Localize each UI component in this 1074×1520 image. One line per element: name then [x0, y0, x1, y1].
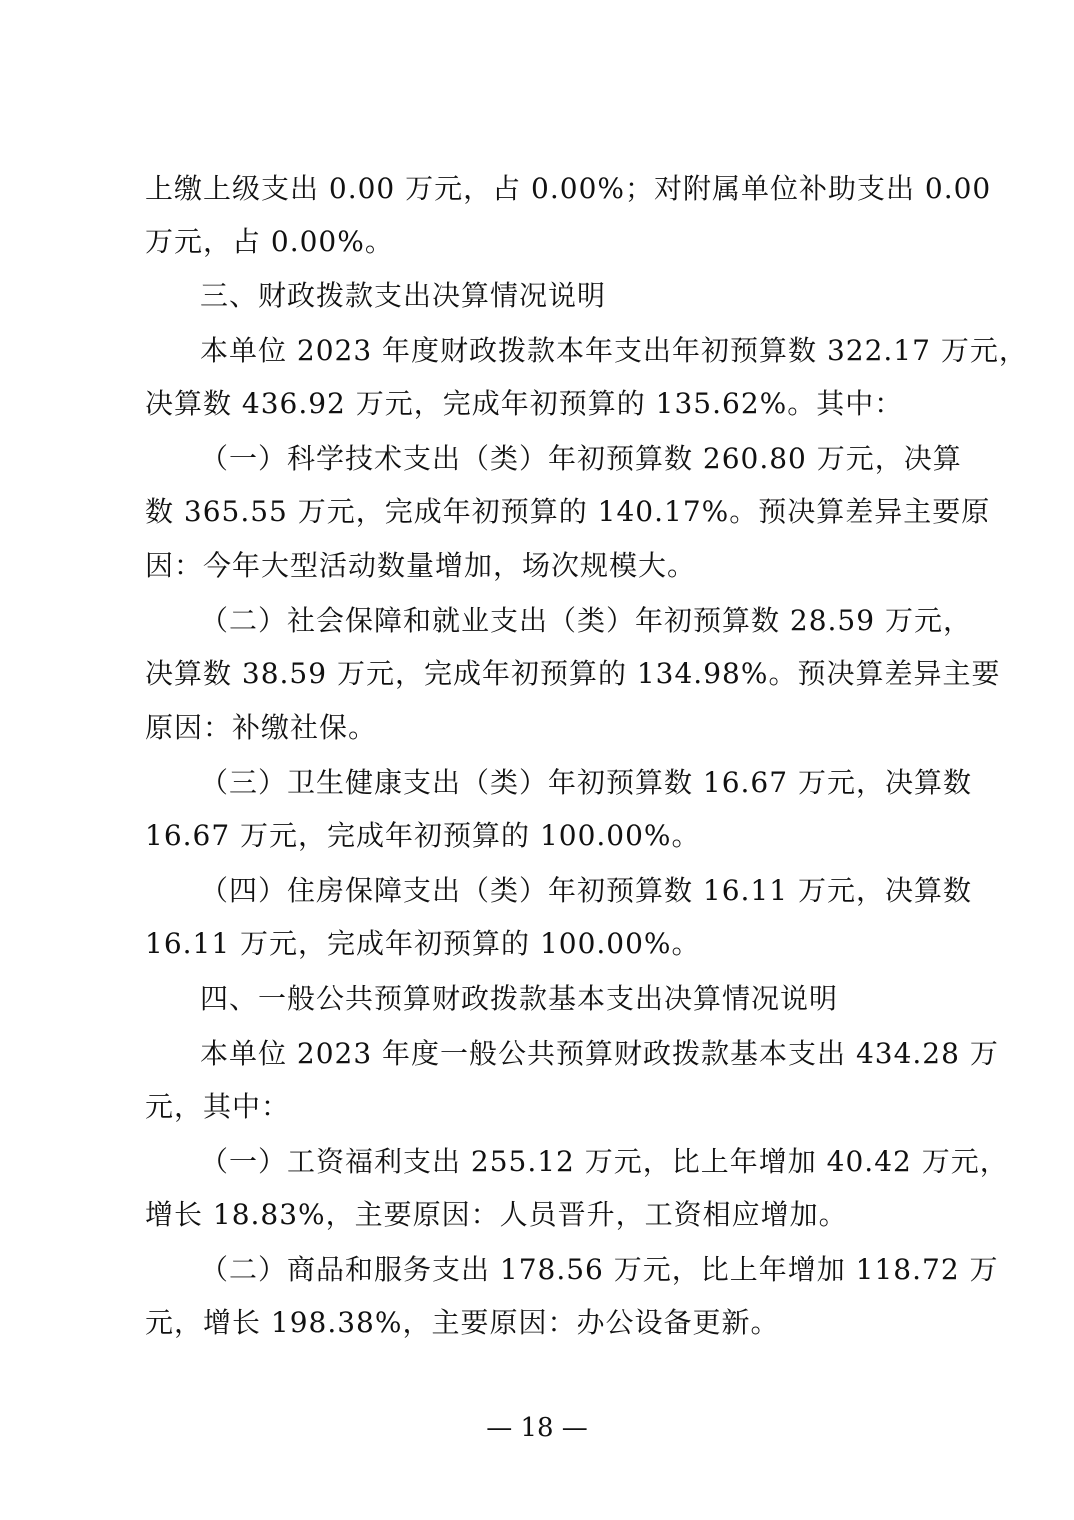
paragraph-line: 元，增长 198.38%，主要原因：办公设备更新。: [145, 1309, 779, 1337]
paragraph-line: 本单位 2023 年度一般公共预算财政拨款基本支出 434.28 万: [200, 1040, 999, 1068]
paragraph-line: 数 365.55 万元，完成年初预算的 140.17%。预决算差异主要原: [145, 498, 990, 526]
paragraph-line: 决算数 436.92 万元，完成年初预算的 135.62%。其中：: [145, 390, 903, 418]
paragraph-line: （四）住房保障支出（类）年初预算数 16.11 万元，决算数: [200, 877, 972, 905]
paragraph-line: 万元，占 0.00%。: [145, 228, 394, 256]
paragraph-line: （三）卫生健康支出（类）年初预算数 16.67 万元，决算数: [200, 769, 972, 797]
section-heading: 三、财政拨款支出决算情况说明: [200, 282, 606, 310]
section-heading: 四、一般公共预算财政拨款基本支出决算情况说明: [200, 985, 838, 1013]
paragraph-line: 增长 18.83%，主要原因：人员晋升，工资相应增加。: [145, 1201, 848, 1229]
paragraph-line: 上缴上级支出 0.00 万元，占 0.00%；对附属单位补助支出 0.00: [145, 175, 991, 203]
paragraph-line: 本单位 2023 年度财政拨款本年支出年初预算数 322.17 万元，: [200, 337, 1028, 365]
paragraph-line: 原因：补缴社保。: [145, 714, 377, 742]
page-number: — 18 —: [0, 1413, 1074, 1443]
paragraph-line: （一）科学技术支出（类）年初预算数 260.80 万元，决算: [200, 445, 962, 473]
paragraph-line: 16.67 万元，完成年初预算的 100.00%。: [145, 822, 701, 850]
paragraph-line: 元，其中：: [145, 1093, 290, 1121]
paragraph-line: （二）社会保障和就业支出（类）年初预算数 28.59 万元，: [200, 607, 972, 635]
paragraph-line: （一）工资福利支出 255.12 万元，比上年增加 40.42 万元，: [200, 1148, 1009, 1176]
paragraph-line: 16.11 万元，完成年初预算的 100.00%。: [145, 930, 701, 958]
paragraph-line: 决算数 38.59 万元，完成年初预算的 134.98%。预决算差异主要: [145, 660, 1000, 688]
paragraph-line: （二）商品和服务支出 178.56 万元，比上年增加 118.72 万: [200, 1256, 999, 1284]
paragraph-line: 因：今年大型活动数量增加，场次规模大。: [145, 552, 696, 580]
